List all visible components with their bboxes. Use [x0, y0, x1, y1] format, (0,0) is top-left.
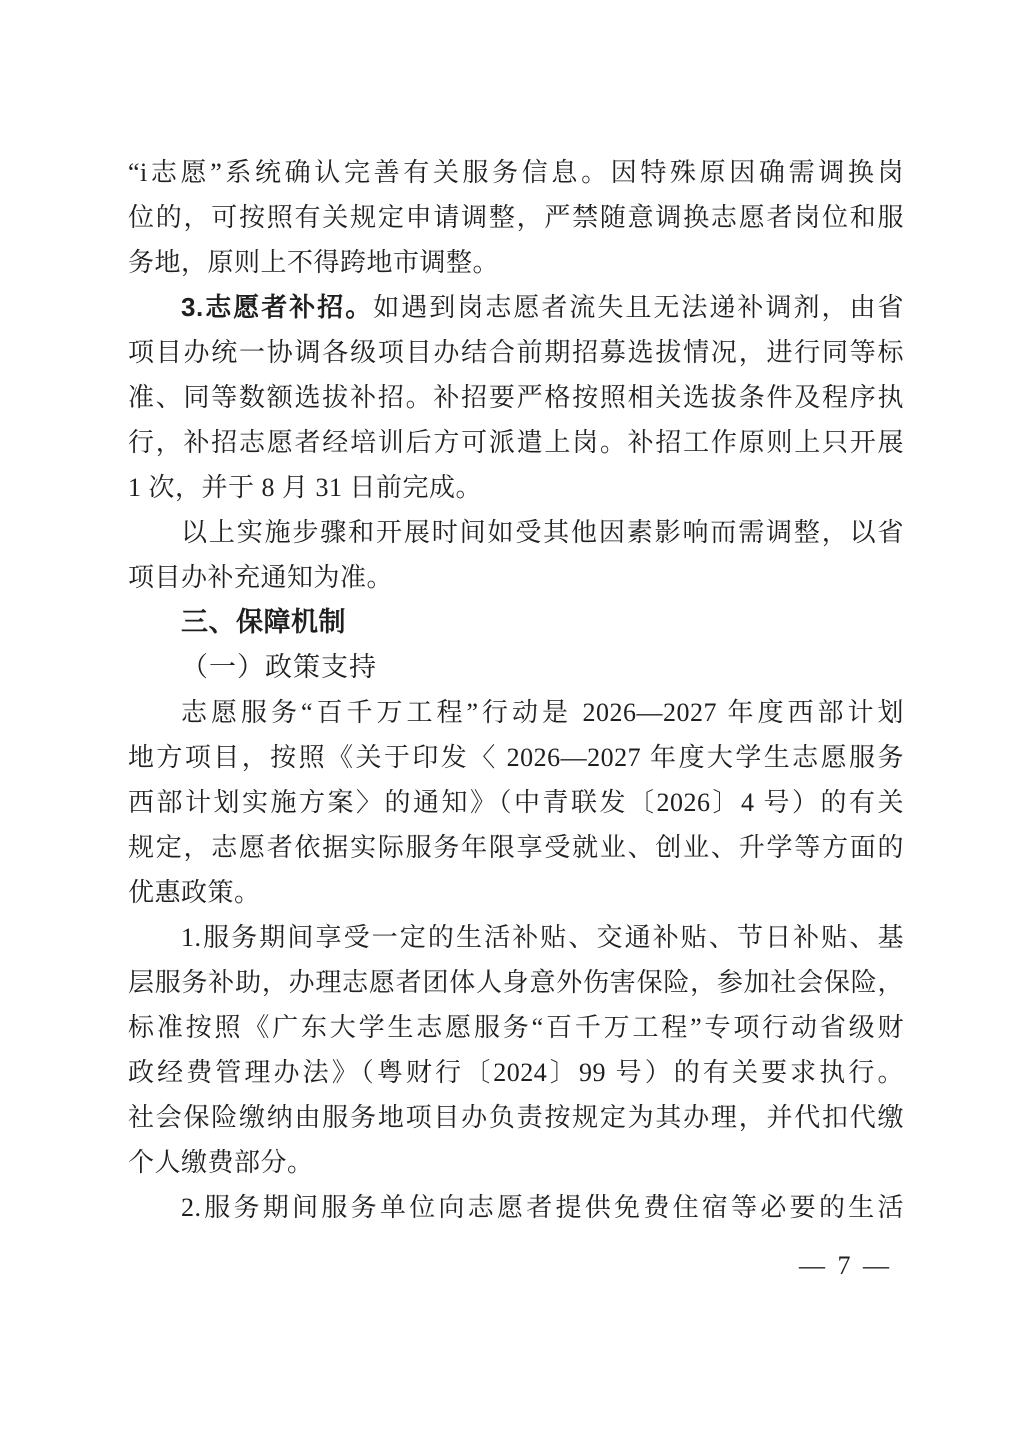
- paragraph-lead-bold: 3.志愿者补招。: [181, 292, 373, 322]
- document-line: 行，补招志愿者经培训后方可派遣上岗。补招工作原则上只开展: [128, 420, 904, 465]
- document-line: 社会保险缴纳由服务地项目办负责按规定为其办理，并代扣代缴: [128, 1095, 904, 1140]
- document-line: 标准按照《广东大学生志愿服务“百千万工程”专项行动省级财: [128, 1005, 904, 1050]
- document-line: 准、同等数额选拔补招。补招要严格按照相关选拔条件及程序执: [128, 375, 904, 420]
- document-line: 西部计划实施方案〉的通知》（中青联发〔2026〕4 号）的有关: [128, 780, 904, 825]
- document-line: 优惠政策。: [128, 870, 904, 915]
- page-number: — 7 —: [799, 1251, 892, 1281]
- document-line: “i志愿”系统确认完善有关服务信息。因特殊原因确需调换岗: [128, 150, 904, 195]
- document-line: 2.服务期间服务单位向志愿者提供免费住宿等必要的生活: [128, 1185, 904, 1230]
- document-line: 项目办补充通知为准。: [128, 555, 904, 600]
- document-body: “i志愿”系统确认完善有关服务信息。因特殊原因确需调换岗位的，可按照有关规定申请…: [128, 150, 904, 1230]
- document-line: 1 次，并于 8 月 31 日前完成。: [128, 465, 904, 510]
- document-line: 以上实施步骤和开展时间如受其他因素影响而需调整，以省: [128, 510, 904, 555]
- document-line: 3.志愿者补招。如遇到岗志愿者流失且无法递补调剂，由省: [128, 285, 904, 330]
- document-line: 志愿服务“百千万工程”行动是 2026—2027 年度西部计划: [128, 690, 904, 735]
- document-line: （一）政策支持: [128, 645, 904, 690]
- document-line: 三、保障机制: [128, 600, 904, 645]
- document-line: 规定，志愿者依据实际服务年限享受就业、创业、升学等方面的: [128, 825, 904, 870]
- document-line: 位的，可按照有关规定申请调整，严禁随意调换志愿者岗位和服: [128, 195, 904, 240]
- document-line: 1.服务期间享受一定的生活补贴、交通补贴、节日补贴、基: [128, 915, 904, 960]
- document-line: 个人缴费部分。: [128, 1140, 904, 1185]
- document-line: 政经费管理办法》（粤财行〔2024〕99 号）的有关要求执行。: [128, 1050, 904, 1095]
- document-line: 项目办统一协调各级项目办结合前期招募选拔情况，进行同等标: [128, 330, 904, 375]
- document-line: 地方项目，按照《关于印发〈 2026—2027 年度大学生志愿服务: [128, 735, 904, 780]
- document-page: “i志愿”系统确认完善有关服务信息。因特殊原因确需调换岗位的，可按照有关规定申请…: [0, 0, 1024, 1448]
- document-line: 层服务补助，办理志愿者团体人身意外伤害保险，参加社会保险，: [128, 960, 904, 1005]
- document-line: 务地，原则上不得跨地市调整。: [128, 240, 904, 285]
